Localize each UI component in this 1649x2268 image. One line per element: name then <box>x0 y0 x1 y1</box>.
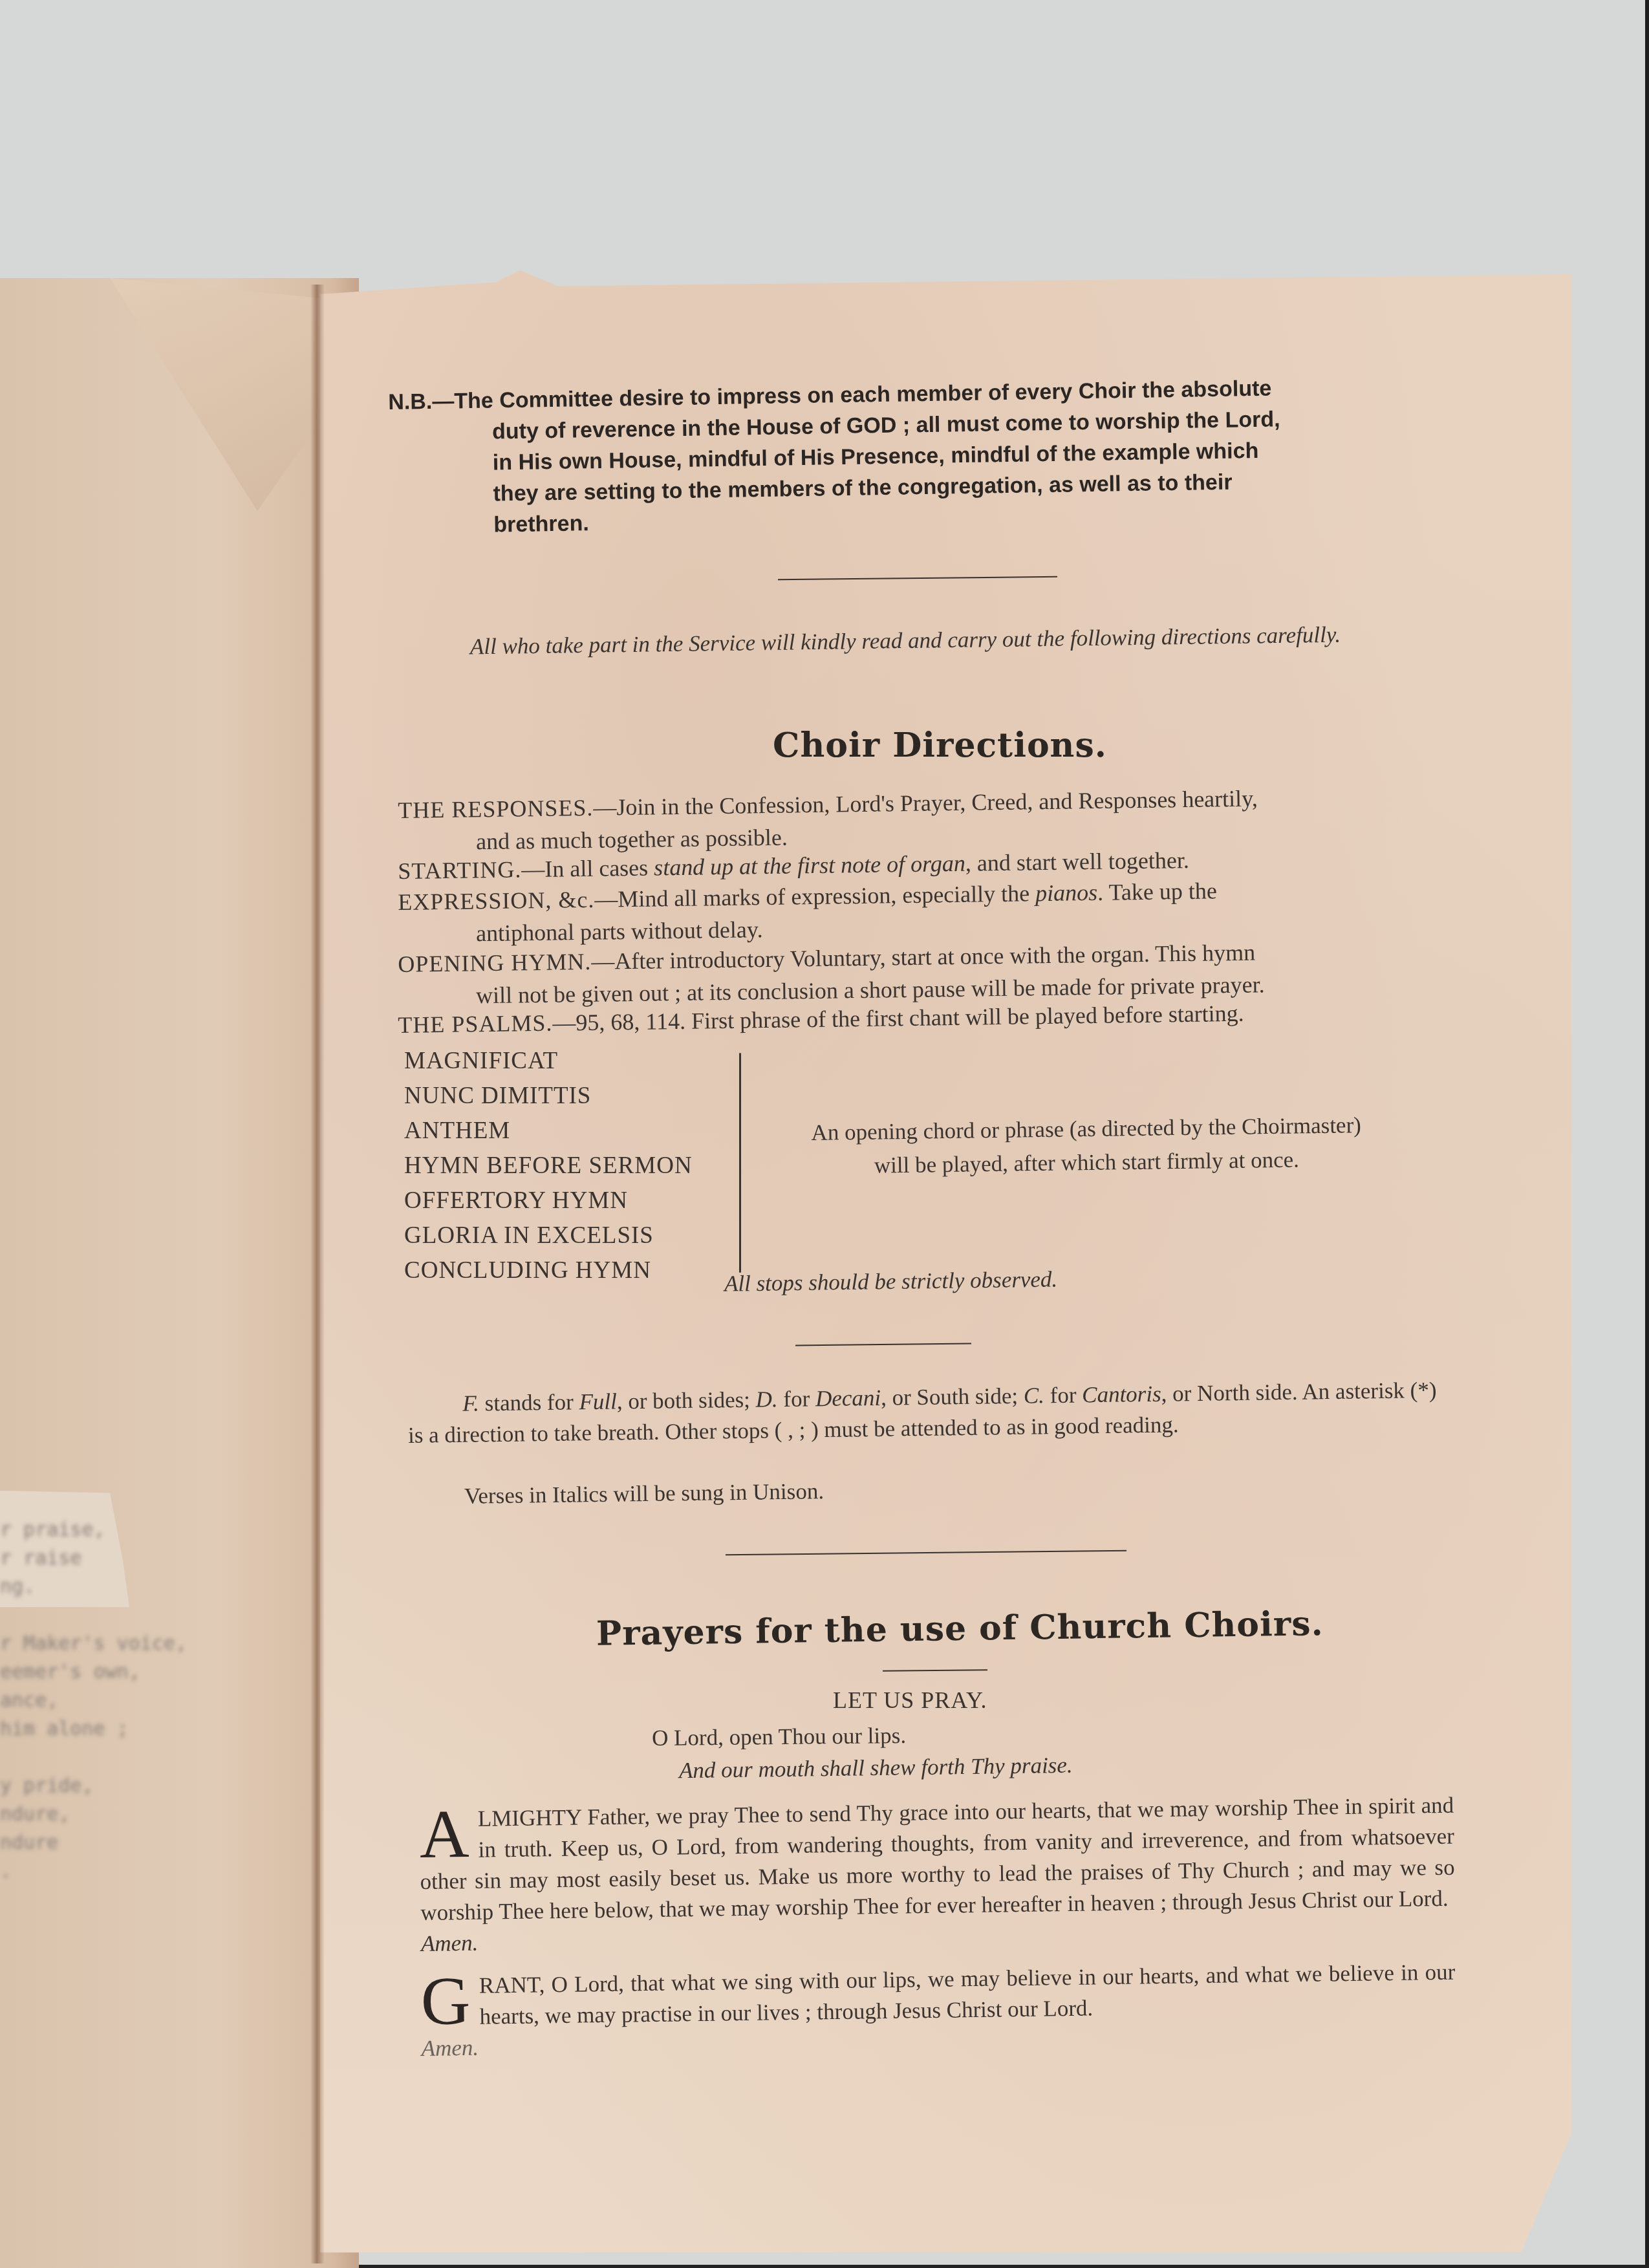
choir-directions-title: Choir Directions. <box>773 726 1107 765</box>
brace-icon <box>739 1053 741 1273</box>
left-page <box>0 278 359 2268</box>
prayer-grant: GRANT, O Lord, that what we sing with ou… <box>420 1957 1456 2064</box>
versicle: O Lord, open Thou our lips. <box>652 1723 906 1751</box>
canticle-item: OFFERTORY HYMN <box>404 1183 693 1218</box>
canticles-note: An opening chord or phrase (as directed … <box>762 1108 1410 1184</box>
response: And our mouth shall shew forth Thy prais… <box>679 1753 1073 1784</box>
nota-bene-block: N.B.—The Committee desire to impress on … <box>388 373 1282 542</box>
canticle-item: GLORIA IN EXCELSIS <box>404 1218 693 1253</box>
unison-note: Verses in Italics will be sung in Unison… <box>464 1478 824 1509</box>
left-page-blurred-text: r praise, r raise ng. r Maker's voice, e… <box>0 1487 162 1886</box>
stops-note: All stops should be strictly observed. <box>724 1266 1058 1297</box>
drop-cap: G <box>420 1973 471 2029</box>
book-gutter <box>310 285 325 2263</box>
canticle-item: CONCLUDING HYMN <box>404 1253 693 1288</box>
canticles-list: MAGNIFICAT NUNC DIMITTIS ANTHEM HYMN BEF… <box>404 1044 693 1288</box>
prayer-almighty: ALMIGHTY Father, we pray Thee to send Th… <box>419 1790 1456 1960</box>
canticle-item: ANTHEM <box>404 1114 693 1149</box>
canticle-item: MAGNIFICAT <box>404 1044 693 1079</box>
let-us-pray-heading: LET US PRAY. <box>833 1687 987 1714</box>
canticle-item: HYMN BEFORE SERMON <box>404 1149 693 1183</box>
canticle-item: NUNC DIMITTIS <box>404 1079 693 1114</box>
scanner-edge-right <box>1645 0 1649 2268</box>
drop-cap: A <box>419 1806 469 1863</box>
